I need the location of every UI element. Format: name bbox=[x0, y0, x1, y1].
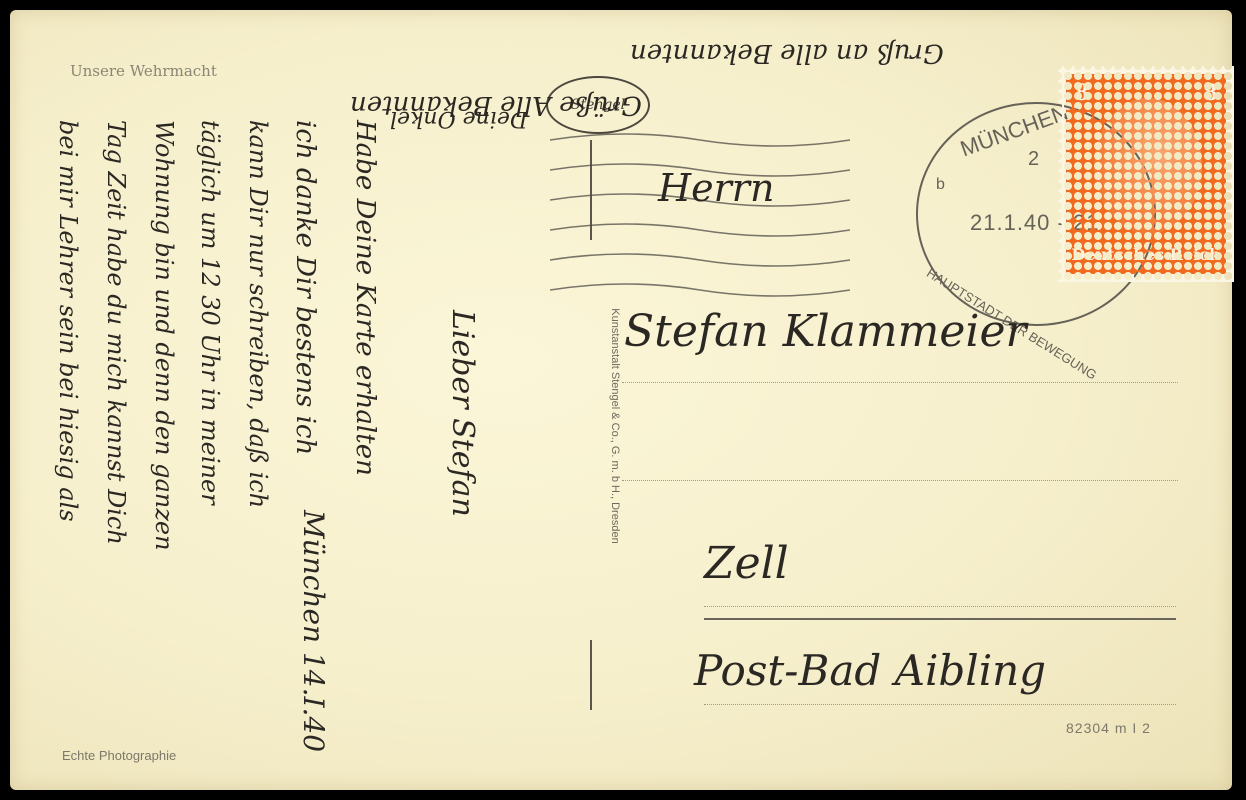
address-line-4 bbox=[704, 704, 1176, 705]
postcard-back: Unsere Wehrmacht Echte Photographie Sten… bbox=[10, 10, 1232, 790]
address-line-1 bbox=[622, 382, 1178, 383]
postmark-number: 2 bbox=[1028, 148, 1039, 171]
stamp-value-right: 8 bbox=[1203, 80, 1218, 106]
center-divider-bottom bbox=[590, 640, 592, 710]
message-top-line-2: Deine Onkel bbox=[390, 106, 527, 131]
message-line-4: täglich um 12 30 Uhr in meiner bbox=[196, 120, 224, 505]
address-underline bbox=[704, 618, 1176, 620]
message-top-line-3: Gruß an alle Bekannten bbox=[630, 38, 944, 68]
stamp-face: 8 8 Deutsches Reich bbox=[1066, 74, 1226, 274]
address-line-3 bbox=[704, 606, 1176, 607]
message-line-6: Tag Zeit habe du mich kannst Dich bbox=[102, 120, 130, 545]
catalog-code: 82304 m I 2 bbox=[1066, 720, 1151, 736]
address-name: Stefan Klammeier bbox=[624, 306, 1027, 357]
printed-footer: Echte Photographie bbox=[62, 748, 176, 763]
address-post-office: Post-Bad Aibling bbox=[694, 646, 1046, 695]
stamp-value-left: 8 bbox=[1074, 80, 1089, 106]
message-line-1: Habe Deine Karte erhalten bbox=[350, 120, 380, 476]
message-line-5: Wohnung bin und denn den ganzen bbox=[150, 120, 178, 551]
printed-header: Unsere Wehrmacht bbox=[70, 62, 217, 80]
message-line-2: ich danke Dir bestens ich bbox=[290, 120, 320, 455]
message-line-7: bei mir Lehrer sein bei hiesig als bbox=[54, 120, 82, 522]
publisher-imprint: Kunstanstalt Stengel & Co., G. m. b H., … bbox=[609, 301, 621, 551]
message-place-date: München 14.I.40 bbox=[297, 510, 330, 752]
postmark-city: MÜNCHEN bbox=[957, 100, 1072, 163]
postmark-letter: b bbox=[936, 176, 945, 194]
portrait-icon bbox=[1094, 98, 1202, 234]
address-town: Zell bbox=[704, 538, 789, 589]
address-salutation: Herrn bbox=[658, 166, 774, 210]
cancellation-wavy-lines bbox=[550, 120, 850, 320]
message-line-3: kann Dir nur schreiben, daß ich bbox=[244, 120, 272, 508]
postage-stamp: 8 8 Deutsches Reich bbox=[1058, 66, 1234, 282]
stamp-country: Deutsches Reich bbox=[1066, 245, 1226, 264]
message-greeting: Lieber Stefan bbox=[445, 310, 480, 517]
address-line-2 bbox=[622, 480, 1178, 481]
